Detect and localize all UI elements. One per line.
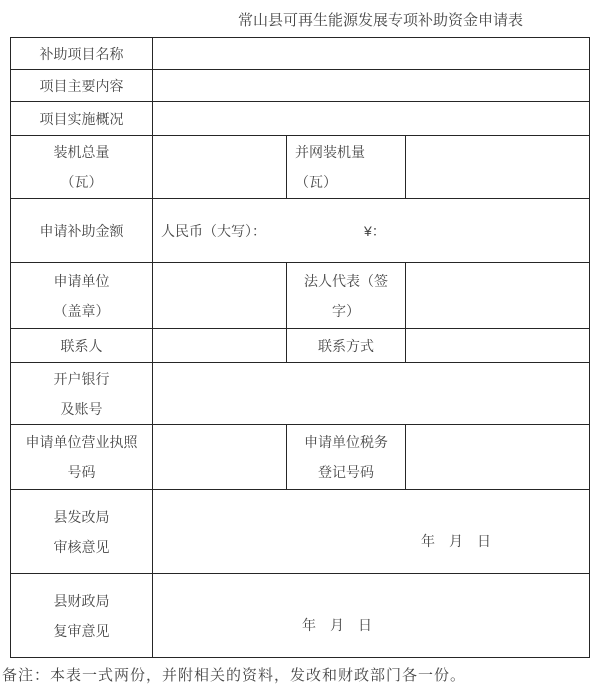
fgj-review-label-line2: 审核意见 <box>11 532 152 562</box>
fgj-review-opinion-cell[interactable]: 年 月 日 <box>153 490 590 574</box>
tax-registration-label-line2: 登记号码 <box>287 457 405 487</box>
project-name-label: 补助项目名称 <box>11 38 153 70</box>
czj-review-label: 县财政局 复审意见 <box>11 574 153 658</box>
business-license-label-line1: 申请单位营业执照 <box>11 427 152 457</box>
applicant-label: 申请单位 （盖章） <box>11 263 153 329</box>
business-license-label: 申请单位营业执照 号码 <box>11 425 153 490</box>
amount-currency-words-prefix: 人民币（大写）： <box>153 223 266 239</box>
project-status-label: 项目实施概况 <box>11 102 153 136</box>
fgj-review-label-line1: 县发改局 <box>11 502 152 532</box>
bank-account-label-line2: 及账号 <box>11 394 152 424</box>
row-license-tax: 申请单位营业执照 号码 申请单位税务 登记号码 <box>11 425 590 490</box>
amount-value-cell[interactable]: 人民币（大写）：¥： <box>153 199 590 263</box>
czj-review-label-line2: 复审意见 <box>11 616 152 646</box>
czj-review-label-line1: 县财政局 <box>11 586 152 616</box>
row-bank-account: 开户银行 及账号 <box>11 363 590 425</box>
fgj-review-label: 县发改局 审核意见 <box>11 490 153 574</box>
project-status-value-cell[interactable] <box>153 102 590 136</box>
row-czj-review: 县财政局 复审意见 年 月 日 <box>11 574 590 658</box>
applicant-value-cell[interactable] <box>153 263 287 329</box>
tax-registration-label: 申请单位税务 登记号码 <box>287 425 406 490</box>
capacity-grid-value-cell[interactable] <box>406 136 590 199</box>
row-contact: 联系人 联系方式 <box>11 329 590 363</box>
capacity-grid-label: 并网装机量 （瓦） <box>287 136 406 199</box>
project-content-label: 项目主要内容 <box>11 70 153 102</box>
business-license-label-line2: 号码 <box>11 457 152 487</box>
contact-method-label: 联系方式 <box>287 329 406 363</box>
row-project-content: 项目主要内容 <box>11 70 590 102</box>
czj-review-date-line: 年 月 日 <box>302 610 589 640</box>
contact-person-value-cell[interactable] <box>153 329 287 363</box>
applicant-label-line1: 申请单位 <box>11 266 152 296</box>
row-amount: 申请补助金额 人民币（大写）：¥： <box>11 199 590 263</box>
amount-yen-prefix: ¥： <box>364 223 386 239</box>
fgj-review-date-line: 年 月 日 <box>421 526 589 556</box>
project-name-value-cell[interactable] <box>153 38 590 70</box>
legal-rep-label-line1: 法人代表（签 <box>287 266 405 296</box>
row-fgj-review: 县发改局 审核意见 年 月 日 <box>11 490 590 574</box>
row-applicant: 申请单位 （盖章） 法人代表（签 字） <box>11 263 590 329</box>
form-title: 常山县可再生能源发展专项补助资金申请表 <box>238 11 598 30</box>
row-capacity: 装机总量 （瓦） 并网装机量 （瓦） <box>11 136 590 199</box>
bank-account-value-cell[interactable] <box>153 363 590 425</box>
capacity-total-label-line2: （瓦） <box>11 167 152 197</box>
bank-account-label-line1: 开户银行 <box>11 364 152 394</box>
capacity-total-label: 装机总量 （瓦） <box>11 136 153 199</box>
legal-rep-label-line2: 字） <box>287 296 405 326</box>
tax-registration-value-cell[interactable] <box>406 425 590 490</box>
legal-rep-value-cell[interactable] <box>406 263 590 329</box>
amount-label: 申请补助金额 <box>11 199 153 263</box>
business-license-value-cell[interactable] <box>153 425 287 490</box>
capacity-total-label-line1: 装机总量 <box>11 137 152 167</box>
contact-method-value-cell[interactable] <box>406 329 590 363</box>
row-project-name: 补助项目名称 <box>11 38 590 70</box>
row-project-status: 项目实施概况 <box>11 102 590 136</box>
application-form-table: 补助项目名称 项目主要内容 项目实施概况 装机总量 （瓦） 并网装机量 （瓦） … <box>10 37 590 658</box>
capacity-total-value-cell[interactable] <box>153 136 287 199</box>
czj-review-opinion-cell[interactable]: 年 月 日 <box>153 574 590 658</box>
contact-person-label: 联系人 <box>11 329 153 363</box>
capacity-grid-label-line1: 并网装机量 <box>295 137 405 167</box>
bank-account-label: 开户银行 及账号 <box>11 363 153 425</box>
applicant-label-line2: （盖章） <box>11 296 152 326</box>
capacity-grid-label-line2: （瓦） <box>295 167 405 197</box>
legal-rep-label: 法人代表（签 字） <box>287 263 406 329</box>
tax-registration-label-line1: 申请单位税务 <box>287 427 405 457</box>
form-note: 备注：本表一式两份，并附相关的资料，发改和财政部门各一份。 <box>2 666 598 685</box>
project-content-value-cell[interactable] <box>153 70 590 102</box>
